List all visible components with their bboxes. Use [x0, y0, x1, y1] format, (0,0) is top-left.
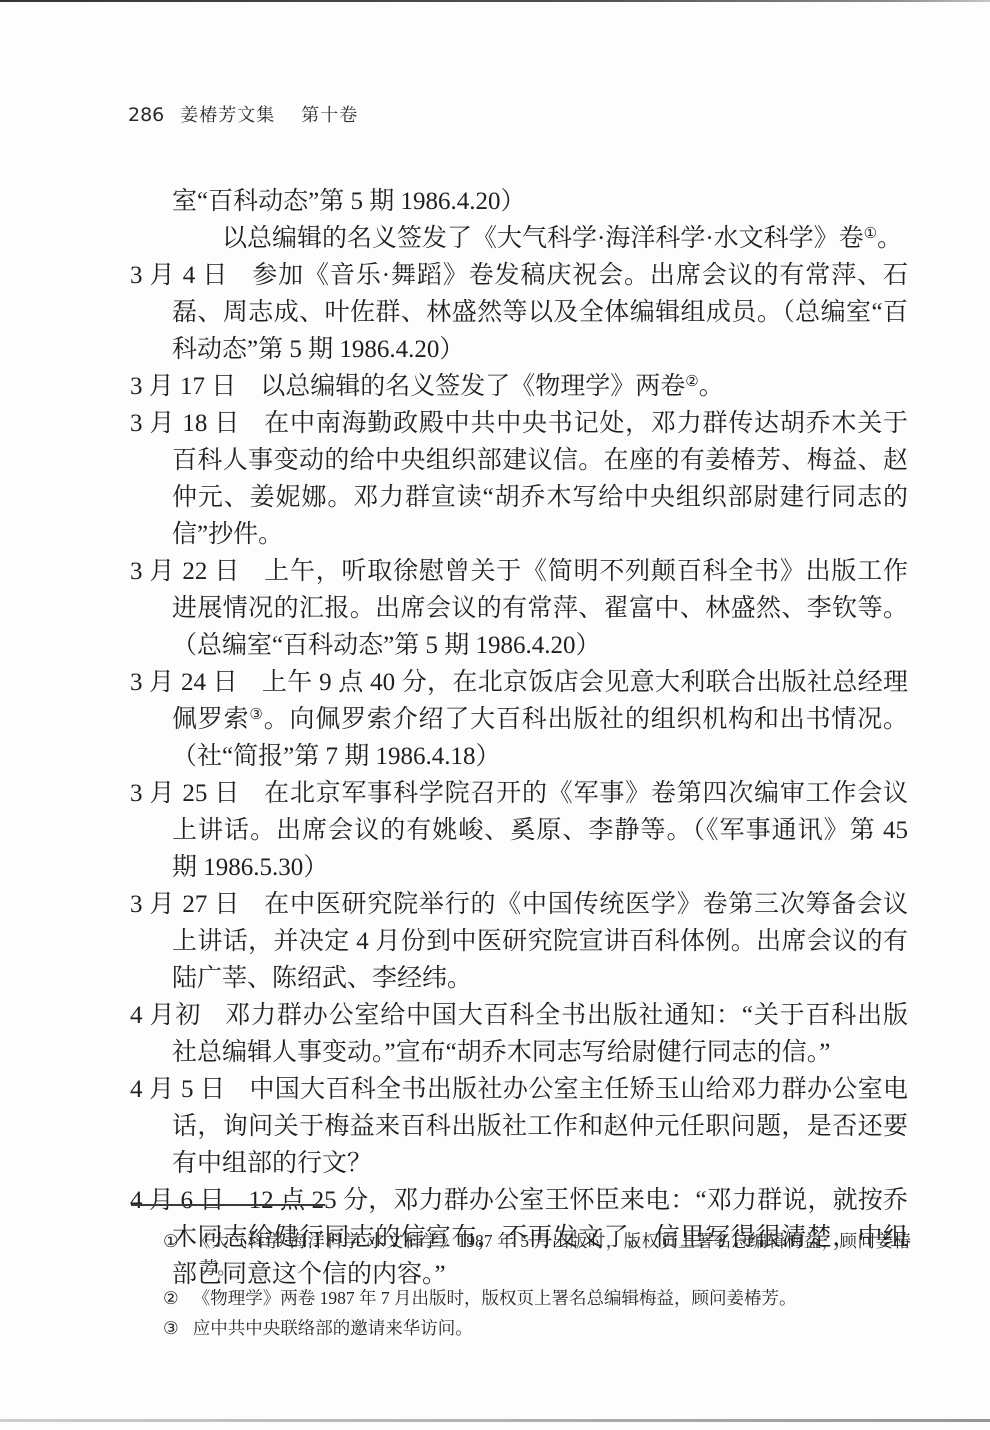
entry-date: 3 月 4 日	[130, 262, 228, 289]
footnote-marker: ③	[163, 1318, 179, 1338]
footnote-reference: ②	[685, 374, 698, 390]
footnote-separator	[131, 1204, 325, 1206]
entry-date: 3 月 24 日	[130, 669, 238, 696]
footnote: ③应中共中央联络部的邀请来华访问。	[163, 1315, 911, 1342]
diary-entry: 4 月 5 日中国大百科全书出版社办公室主任矫玉山给邓力群办公室电话，询问关于梅…	[130, 1071, 908, 1182]
volume-label: 第十卷	[301, 101, 358, 127]
book-title: 姜椿芳文集	[180, 101, 275, 127]
diary-entry: 3 月 22 日上午，听取徐慰曾关于《简明不列颠百科全书》出版工作进展情况的汇报…	[130, 553, 908, 664]
diary-entry: 3 月 27 日在中医研究院举行的《中国传统医学》卷第三次筹备会议上讲话，并决定…	[130, 886, 908, 997]
entry-date: 3 月 18 日	[130, 410, 240, 437]
entry-date: 3 月 27 日	[130, 891, 240, 918]
page-top-edge	[0, 0, 990, 2]
entry-date: 3 月 22 日	[130, 558, 240, 585]
diary-entry: 3 月 18 日在中南海勤政殿中共中央书记处，邓力群传达胡乔木关于百科人事变动的…	[130, 405, 908, 553]
footnotes: ①《大气科学·海洋科学·水文科学》1987 年 5 月出版时，版权页上署名总编辑…	[163, 1228, 911, 1345]
footnote-marker: ①	[163, 1231, 179, 1251]
footnote-marker: ②	[163, 1288, 179, 1308]
footnote-reference: ①	[864, 226, 877, 242]
entry-date: 4 月 6 日	[130, 1187, 225, 1214]
footnote: ②《物理学》两卷 1987 年 7 月出版时，版权页上署名总编辑梅益，顾问姜椿芳…	[163, 1285, 911, 1312]
running-head: 286 姜椿芳文集 第十卷	[128, 101, 358, 127]
footnote-reference: ③	[249, 707, 263, 723]
diary-entry: 3 月 17 日以总编辑的名义签发了《物理学》两卷②。	[130, 368, 908, 405]
page-number: 286	[128, 104, 164, 126]
entry-date: 4 月 5 日	[130, 1076, 225, 1103]
entry-date: 3 月 25 日	[130, 780, 240, 807]
diary-entry: 3 月 25 日在北京军事科学院召开的《军事》卷第四次编审工作会议上讲话。出席会…	[130, 775, 908, 886]
book-page: 286 姜椿芳文集 第十卷 室“百科动态”第 5 期 1986.4.20）以总编…	[0, 0, 990, 1430]
footnote: ①《大气科学·海洋科学·水文科学》1987 年 5 月出版时，版权页上署名总编辑…	[163, 1228, 911, 1282]
diary-paragraph: 以总编辑的名义签发了《大气科学·海洋科学·水文科学》卷①。	[130, 220, 908, 257]
entry-date: 4 月初	[130, 1002, 201, 1029]
diary-paragraph: 室“百科动态”第 5 期 1986.4.20）	[130, 183, 908, 220]
entry-date: 3 月 17 日	[130, 373, 236, 400]
diary-entry: 3 月 24 日上午 9 点 40 分，在北京饭店会见意大利联合出版社总经理佩罗…	[130, 664, 908, 775]
diary-entry: 3 月 4 日参加《音乐·舞蹈》卷发稿庆祝会。出席会议的有常萍、石磊、周志成、叶…	[130, 257, 908, 368]
page-bottom-edge	[0, 1419, 990, 1422]
body-text: 室“百科动态”第 5 期 1986.4.20）以总编辑的名义签发了《大气科学·海…	[130, 183, 908, 1293]
diary-entry: 4 月初邓力群办公室给中国大百科全书出版社通知：“关于百科出版社总编辑人事变动。…	[130, 997, 908, 1071]
